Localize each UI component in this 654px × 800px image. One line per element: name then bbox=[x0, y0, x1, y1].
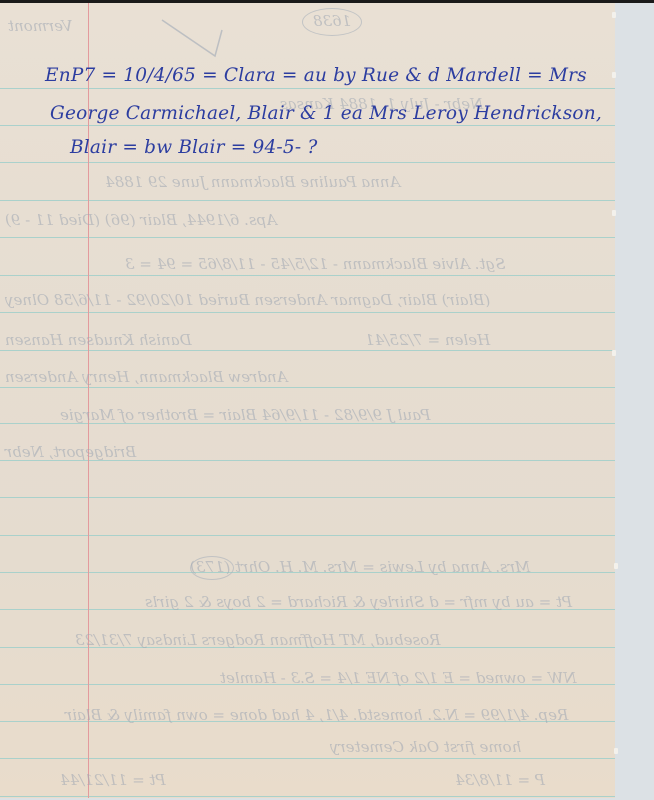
bleed-line: Sgt. Alvie Blackmann - 12/5/45 - 11/8/65… bbox=[125, 255, 505, 273]
bleed-line: Andrew Blackmann, Henry Andersen bbox=[5, 368, 287, 386]
bleed-line: Helen = 7/25/41 bbox=[365, 331, 490, 349]
bleed-line: Bridgeport, Nebr bbox=[5, 443, 136, 461]
bleed-page-number: 1638 bbox=[313, 12, 351, 30]
notebook-page: Vermont 1638 Nebr - July 1, 1884 Kansas … bbox=[0, 3, 615, 798]
rule-line bbox=[0, 312, 615, 313]
rule-line bbox=[0, 796, 615, 797]
bleed-line: Rep. 4/1/99 = N.2. homestd. 4/1, 4 had d… bbox=[65, 706, 568, 724]
rule-line bbox=[0, 162, 615, 163]
rule-line bbox=[0, 200, 615, 201]
paper-edge-tear bbox=[612, 210, 616, 216]
rule-line bbox=[0, 350, 615, 351]
paper-edge-tear bbox=[614, 748, 618, 754]
rule-line bbox=[0, 125, 615, 126]
handwriting-line-1: EnP7 = 10/4/65 = Clara = au by Rue & d M… bbox=[45, 65, 587, 86]
rule-line bbox=[0, 758, 615, 759]
bleed-line: Pt = 11/21/44 bbox=[60, 771, 166, 789]
paper-edge-tear bbox=[612, 12, 616, 18]
bleed-line: NW = owned = E 1/2 of NE 1/4 = S.3 - Ham… bbox=[220, 669, 576, 687]
bleed-line: Mrs. Anna by Lewis = Mrs. M. H. Ohrt (17… bbox=[190, 558, 530, 576]
bleed-line: Rosebud, MT Hoffman Rodgers Lindsay 7/31… bbox=[75, 631, 441, 649]
paper-edge-tear bbox=[612, 72, 616, 78]
bleed-line: Paul J 9/9/82 - 11/9/64 Blair = Brother … bbox=[60, 406, 431, 424]
bleed-line: Aps. 6/1944, Blair (96) (Died 11 - 9) bbox=[5, 211, 277, 229]
rule-line bbox=[0, 387, 615, 388]
scan-top-edge bbox=[0, 0, 654, 3]
checkmark-icon bbox=[160, 18, 240, 58]
bleed-line: P = 11/8/34 bbox=[455, 771, 545, 789]
handwriting-line-2: George Carmichael, Blair & 1 ea Mrs Lero… bbox=[50, 103, 602, 124]
rule-line bbox=[0, 497, 615, 498]
rule-line bbox=[0, 275, 615, 276]
bleed-line: Pt = au by mfr = d Shirley & Richard = 2… bbox=[145, 593, 572, 611]
rule-line bbox=[0, 535, 615, 536]
paper-edge-tear bbox=[614, 563, 618, 569]
bleed-top-left-note: Vermont bbox=[8, 17, 72, 35]
handwriting-line-3: Blair = bw Blair = 94-5- ? bbox=[70, 137, 318, 158]
rule-line bbox=[0, 237, 615, 238]
rule-line bbox=[0, 88, 615, 89]
bleed-line: (Blair) Blair, Dagmar Andersen Buried 10… bbox=[5, 291, 490, 309]
bleed-line: Danish Knudsen Hansen bbox=[5, 331, 192, 349]
bleed-line: home first Oak Cemetery bbox=[330, 738, 521, 756]
bleed-line: Anna Pauline Blackmann June 29 1884 bbox=[105, 173, 400, 191]
paper-edge-tear bbox=[612, 350, 616, 356]
